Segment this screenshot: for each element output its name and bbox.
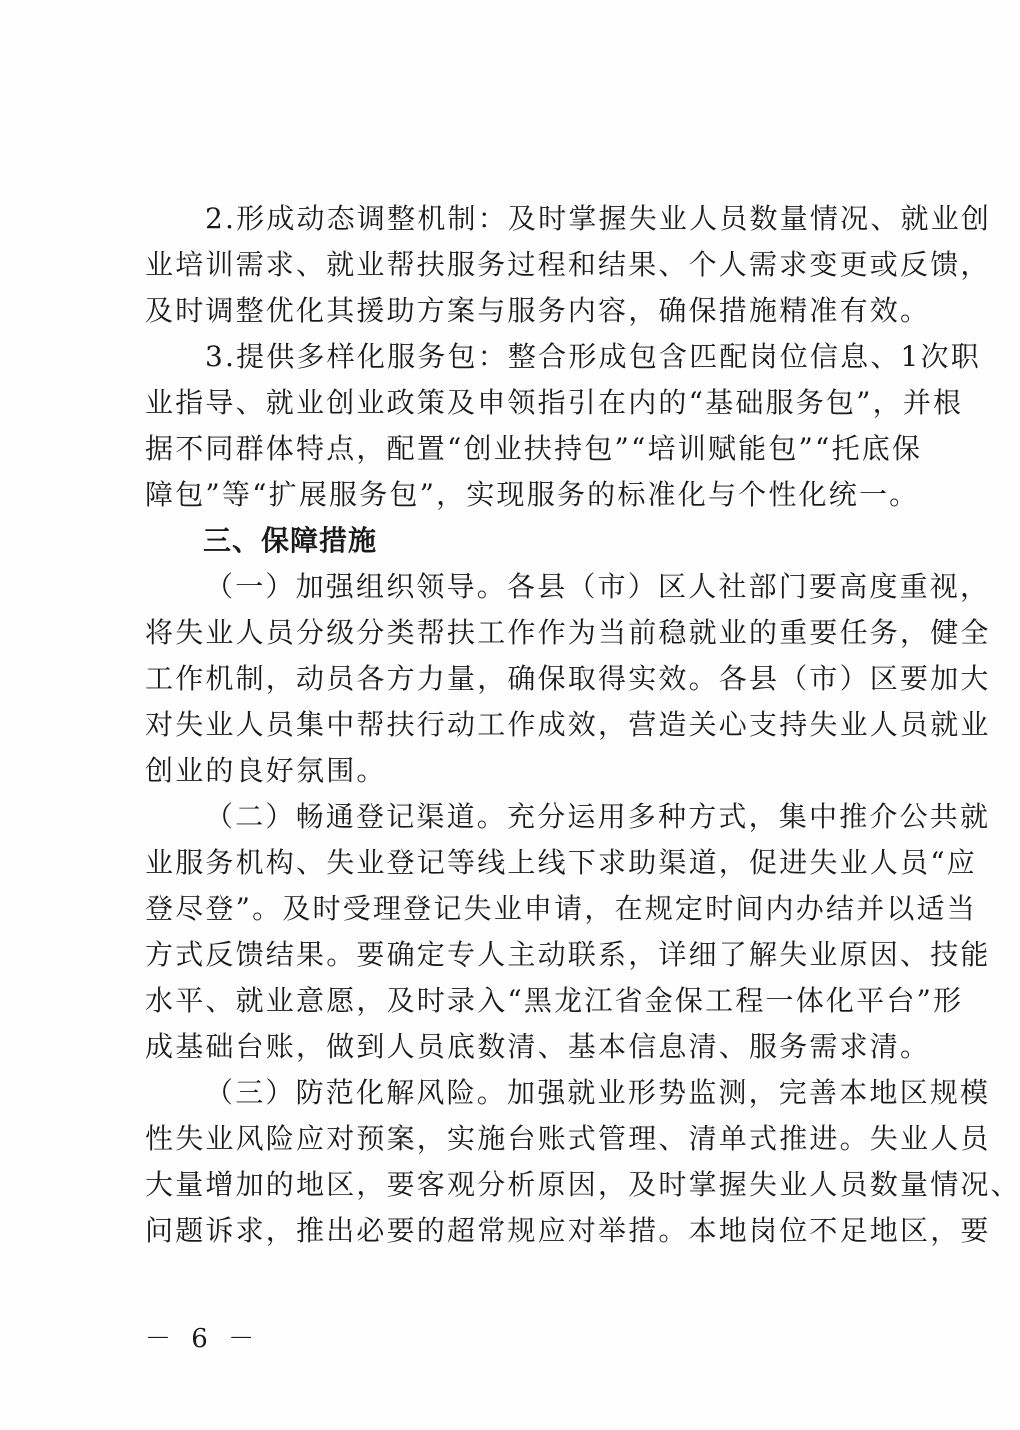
text-line: 及时调整优化其援助方案与服务内容，确保措施精准有效。 [145, 288, 881, 334]
text-line: 性失业风险应对预案，实施台账式管理、清单式推进。失业人员 [145, 1116, 881, 1162]
text-line: （一）加强组织领导。各县（市）区人社部门要高度重视， [145, 564, 881, 610]
text-line: 成基础台账，做到人员底数清、基本信息清、服务需求清。 [145, 1024, 881, 1070]
text-line: 业培训需求、就业帮扶服务过程和结果、个人需求变更或反馈， [145, 242, 881, 288]
section-heading: 三、保障措施 [145, 518, 881, 564]
text-line: 大量增加的地区，要客观分析原因，及时掌握失业人员数量情况、 [145, 1162, 881, 1208]
section-risk-prevention: （三）防范化解风险。加强就业形势监测，完善本地区规模 性失业风险应对预案，实施台… [145, 1070, 881, 1254]
text-line: （三）防范化解风险。加强就业形势监测，完善本地区规模 [145, 1070, 881, 1116]
document-page: 2.形成动态调整机制：及时掌握失业人员数量情况、就业创 业培训需求、就业帮扶服务… [0, 0, 1020, 1430]
page-number: － 6 － [145, 1318, 260, 1355]
text-line: 登尽登”。及时受理登记失业申请，在规定时间内办结并以适当 [145, 886, 881, 932]
text-line: 对失业人员集中帮扶行动工作成效，营造关心支持失业人员就业 [145, 702, 881, 748]
paragraph-item-3: 3.提供多样化服务包：整合形成包含匹配岗位信息、1次职 业指导、就业创业政策及申… [145, 334, 881, 518]
text-line: 将失业人员分级分类帮扶工作作为当前稳就业的重要任务，健全 [145, 610, 881, 656]
text-line: 障包”等“扩展服务包”，实现服务的标准化与个性化统一。 [145, 472, 881, 518]
text-line: 业指导、就业创业政策及申领指引在内的“基础服务包”，并根 [145, 380, 881, 426]
document-body: 2.形成动态调整机制：及时掌握失业人员数量情况、就业创 业培训需求、就业帮扶服务… [145, 196, 881, 1254]
text-line: 工作机制，动员各方力量，确保取得实效。各县（市）区要加大 [145, 656, 881, 702]
text-line: 方式反馈结果。要确定专人主动联系，详细了解失业原因、技能 [145, 932, 881, 978]
text-line: 创业的良好氛围。 [145, 748, 881, 794]
text-line: 据不同群体特点，配置“创业扶持包”“培训赋能包”“托底保 [145, 426, 881, 472]
text-line: 水平、就业意愿，及时录入“黑龙江省金保工程一体化平台”形 [145, 978, 881, 1024]
text-line: （二）畅通登记渠道。充分运用多种方式，集中推介公共就 [145, 794, 881, 840]
text-line: 3.提供多样化服务包：整合形成包含匹配岗位信息、1次职 [145, 334, 881, 380]
paragraph-item-2: 2.形成动态调整机制：及时掌握失业人员数量情况、就业创 业培训需求、就业帮扶服务… [145, 196, 881, 334]
section-organization-leadership: （一）加强组织领导。各县（市）区人社部门要高度重视， 将失业人员分级分类帮扶工作… [145, 564, 881, 794]
section-registration-channels: （二）畅通登记渠道。充分运用多种方式，集中推介公共就 业服务机构、失业登记等线上… [145, 794, 881, 1070]
text-line: 问题诉求，推出必要的超常规应对举措。本地岗位不足地区，要 [145, 1208, 881, 1254]
text-line: 业服务机构、失业登记等线上线下求助渠道，促进失业人员“应 [145, 840, 881, 886]
text-line: 2.形成动态调整机制：及时掌握失业人员数量情况、就业创 [145, 196, 881, 242]
